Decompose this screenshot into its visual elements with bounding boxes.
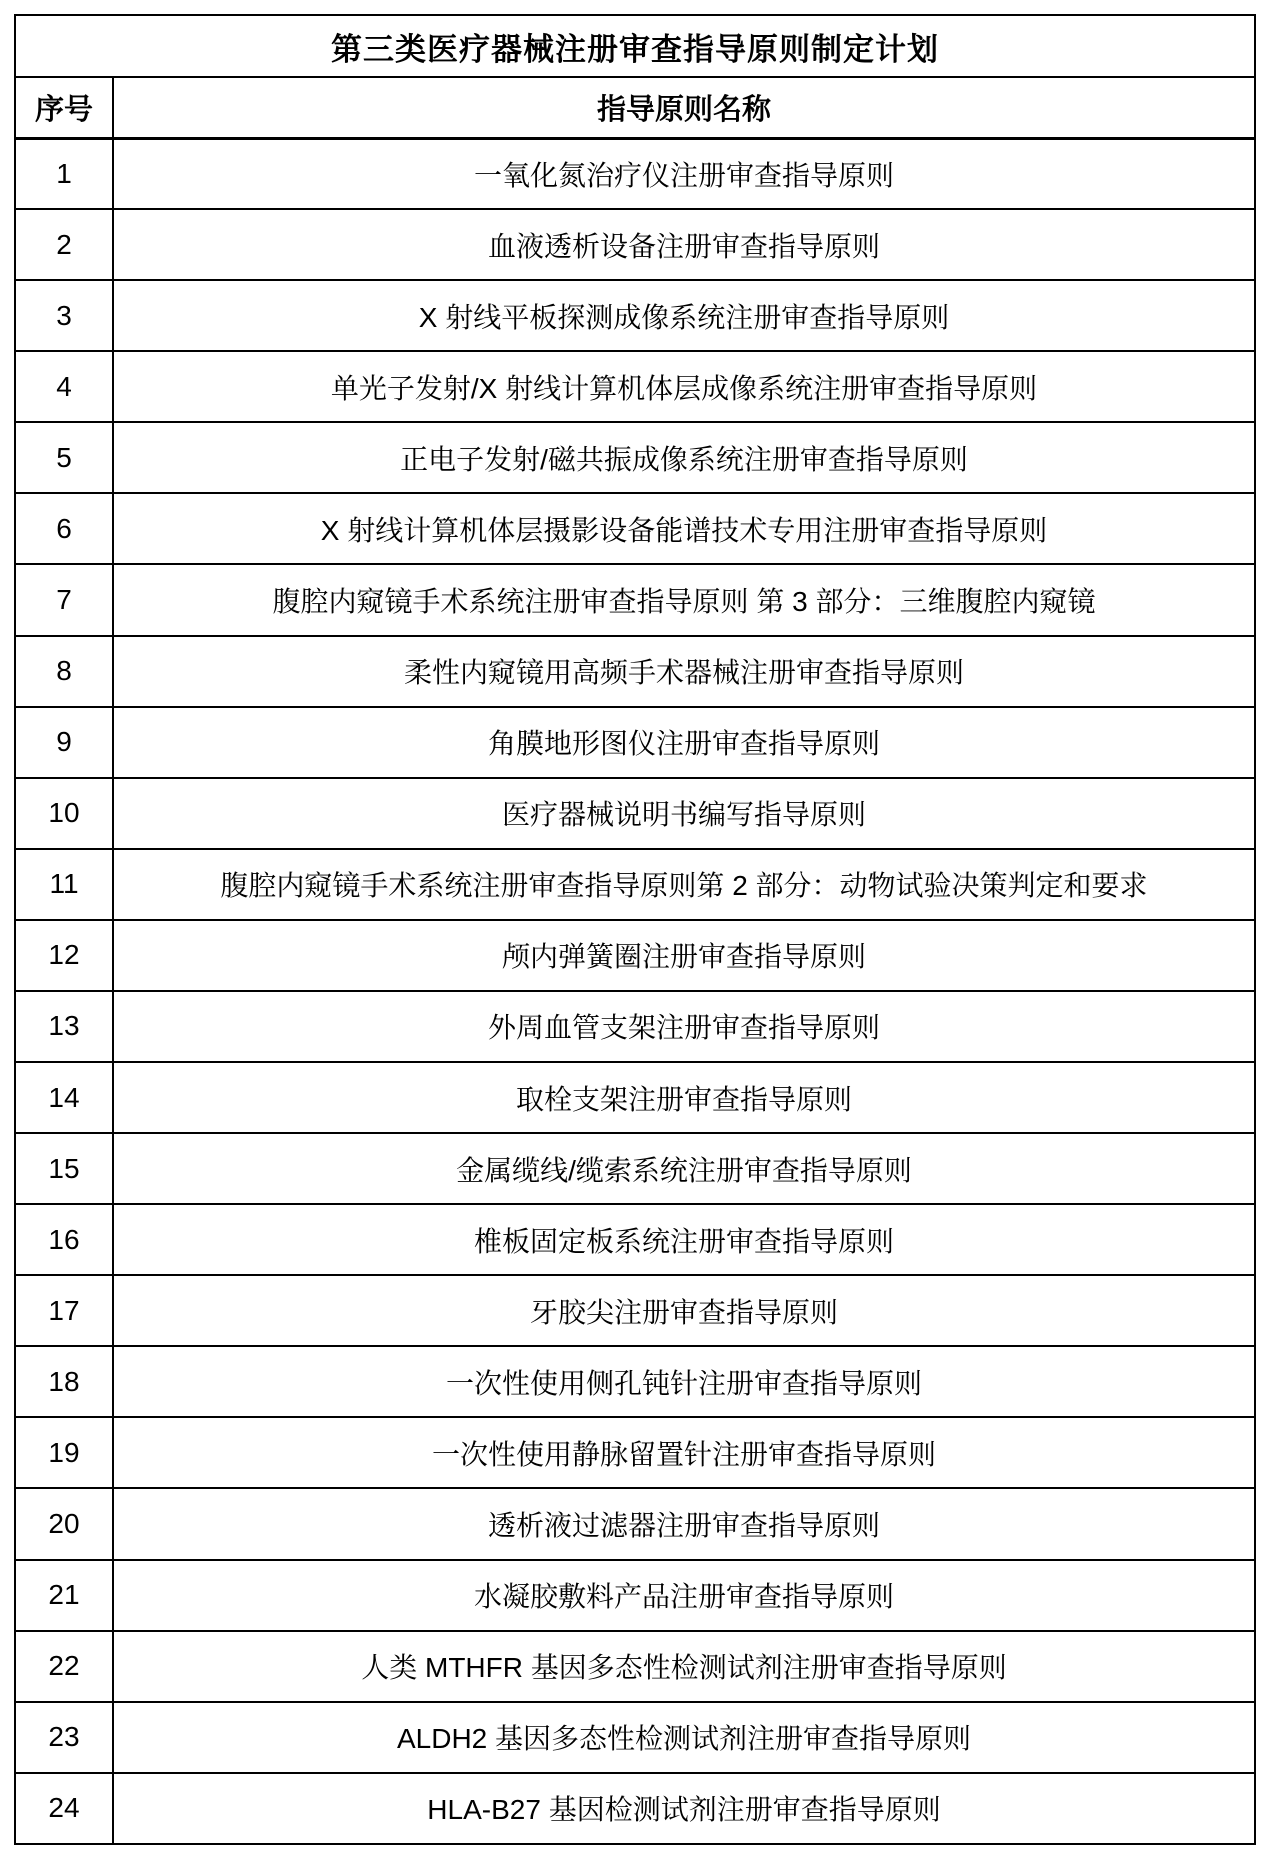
row-index: 22 xyxy=(15,1631,113,1702)
table-row: 24 HLA-B27 基因检测试剂注册审查指导原则 xyxy=(15,1773,1255,1844)
row-index: 14 xyxy=(15,1062,113,1133)
table-body: 1 一氧化氮治疗仪注册审查指导原则 2 血液透析设备注册审查指导原则 3 X 射… xyxy=(15,138,1255,1844)
row-guideline-name: 外周血管支架注册审查指导原则 xyxy=(113,991,1255,1062)
row-guideline-name: 角膜地形图仪注册审查指导原则 xyxy=(113,707,1255,778)
table-row: 20 透析液过滤器注册审查指导原则 xyxy=(15,1488,1255,1559)
table-row: 10 医疗器械说明书编写指导原则 xyxy=(15,778,1255,849)
row-guideline-name: 取栓支架注册审查指导原则 xyxy=(113,1062,1255,1133)
row-index: 13 xyxy=(15,991,113,1062)
row-index: 23 xyxy=(15,1702,113,1773)
table-row: 19 一次性使用静脉留置针注册审查指导原则 xyxy=(15,1417,1255,1488)
table-row: 2 血液透析设备注册审查指导原则 xyxy=(15,209,1255,280)
table-row: 12 颅内弹簧圈注册审查指导原则 xyxy=(15,920,1255,991)
row-guideline-name: HLA-B27 基因检测试剂注册审查指导原则 xyxy=(113,1773,1255,1844)
table-row: 5 正电子发射/磁共振成像系统注册审查指导原则 xyxy=(15,422,1255,493)
row-index: 12 xyxy=(15,920,113,991)
row-index: 11 xyxy=(15,849,113,920)
column-header-name: 指导原则名称 xyxy=(113,77,1255,138)
table-row: 11 腹腔内窥镜手术系统注册审查指导原则第 2 部分：动物试验决策判定和要求 xyxy=(15,849,1255,920)
row-index: 15 xyxy=(15,1133,113,1204)
row-guideline-name: 腹腔内窥镜手术系统注册审查指导原则 第 3 部分：三维腹腔内窥镜 xyxy=(113,564,1255,635)
document-page: 第三类医疗器械注册审查指导原则制定计划 序号 指导原则名称 1 一氧化氮治疗仪注… xyxy=(0,0,1270,1859)
table-column-header-row: 序号 指导原则名称 xyxy=(15,77,1255,138)
table-row: 1 一氧化氮治疗仪注册审查指导原则 xyxy=(15,138,1255,209)
row-guideline-name: 正电子发射/磁共振成像系统注册审查指导原则 xyxy=(113,422,1255,493)
row-guideline-name: 单光子发射/X 射线计算机体层成像系统注册审查指导原则 xyxy=(113,351,1255,422)
row-index: 1 xyxy=(15,138,113,209)
row-index: 16 xyxy=(15,1204,113,1275)
row-index: 21 xyxy=(15,1560,113,1631)
row-guideline-name: 一氧化氮治疗仪注册审查指导原则 xyxy=(113,138,1255,209)
row-guideline-name: X 射线计算机体层摄影设备能谱技术专用注册审查指导原则 xyxy=(113,493,1255,564)
table-head: 第三类医疗器械注册审查指导原则制定计划 序号 指导原则名称 xyxy=(15,15,1255,138)
table-row: 9 角膜地形图仪注册审查指导原则 xyxy=(15,707,1255,778)
row-guideline-name: ALDH2 基因多态性检测试剂注册审查指导原则 xyxy=(113,1702,1255,1773)
table-row: 18 一次性使用侧孔钝针注册审查指导原则 xyxy=(15,1346,1255,1417)
row-guideline-name: 水凝胶敷料产品注册审查指导原则 xyxy=(113,1560,1255,1631)
row-guideline-name: 一次性使用侧孔钝针注册审查指导原则 xyxy=(113,1346,1255,1417)
column-header-index: 序号 xyxy=(15,77,113,138)
table-row: 14 取栓支架注册审查指导原则 xyxy=(15,1062,1255,1133)
table-row: 21 水凝胶敷料产品注册审查指导原则 xyxy=(15,1560,1255,1631)
row-index: 2 xyxy=(15,209,113,280)
table-row: 13 外周血管支架注册审查指导原则 xyxy=(15,991,1255,1062)
row-guideline-name: 颅内弹簧圈注册审查指导原则 xyxy=(113,920,1255,991)
row-index: 24 xyxy=(15,1773,113,1844)
row-guideline-name: 柔性内窥镜用高频手术器械注册审查指导原则 xyxy=(113,636,1255,707)
table-row: 15 金属缆线/缆索系统注册审查指导原则 xyxy=(15,1133,1255,1204)
row-guideline-name: 牙胶尖注册审查指导原则 xyxy=(113,1275,1255,1346)
row-guideline-name: 医疗器械说明书编写指导原则 xyxy=(113,778,1255,849)
row-index: 7 xyxy=(15,564,113,635)
table-title: 第三类医疗器械注册审查指导原则制定计划 xyxy=(15,15,1255,77)
table-row: 22 人类 MTHFR 基因多态性检测试剂注册审查指导原则 xyxy=(15,1631,1255,1702)
row-index: 17 xyxy=(15,1275,113,1346)
row-index: 9 xyxy=(15,707,113,778)
row-guideline-name: X 射线平板探测成像系统注册审查指导原则 xyxy=(113,280,1255,351)
row-index: 4 xyxy=(15,351,113,422)
table-row: 6 X 射线计算机体层摄影设备能谱技术专用注册审查指导原则 xyxy=(15,493,1255,564)
row-index: 20 xyxy=(15,1488,113,1559)
row-index: 19 xyxy=(15,1417,113,1488)
table-row: 4 单光子发射/X 射线计算机体层成像系统注册审查指导原则 xyxy=(15,351,1255,422)
row-index: 18 xyxy=(15,1346,113,1417)
table-row: 23 ALDH2 基因多态性检测试剂注册审查指导原则 xyxy=(15,1702,1255,1773)
row-guideline-name: 人类 MTHFR 基因多态性检测试剂注册审查指导原则 xyxy=(113,1631,1255,1702)
row-guideline-name: 腹腔内窥镜手术系统注册审查指导原则第 2 部分：动物试验决策判定和要求 xyxy=(113,849,1255,920)
row-index: 5 xyxy=(15,422,113,493)
table-row: 3 X 射线平板探测成像系统注册审查指导原则 xyxy=(15,280,1255,351)
guideline-plan-table: 第三类医疗器械注册审查指导原则制定计划 序号 指导原则名称 1 一氧化氮治疗仪注… xyxy=(14,14,1256,1845)
row-guideline-name: 一次性使用静脉留置针注册审查指导原则 xyxy=(113,1417,1255,1488)
table-title-row: 第三类医疗器械注册审查指导原则制定计划 xyxy=(15,15,1255,77)
row-guideline-name: 血液透析设备注册审查指导原则 xyxy=(113,209,1255,280)
row-index: 10 xyxy=(15,778,113,849)
table-row: 16 椎板固定板系统注册审查指导原则 xyxy=(15,1204,1255,1275)
table-row: 8 柔性内窥镜用高频手术器械注册审查指导原则 xyxy=(15,636,1255,707)
row-index: 8 xyxy=(15,636,113,707)
table-row: 17 牙胶尖注册审查指导原则 xyxy=(15,1275,1255,1346)
row-guideline-name: 椎板固定板系统注册审查指导原则 xyxy=(113,1204,1255,1275)
row-guideline-name: 金属缆线/缆索系统注册审查指导原则 xyxy=(113,1133,1255,1204)
row-index: 3 xyxy=(15,280,113,351)
table-row: 7 腹腔内窥镜手术系统注册审查指导原则 第 3 部分：三维腹腔内窥镜 xyxy=(15,564,1255,635)
row-guideline-name: 透析液过滤器注册审查指导原则 xyxy=(113,1488,1255,1559)
row-index: 6 xyxy=(15,493,113,564)
